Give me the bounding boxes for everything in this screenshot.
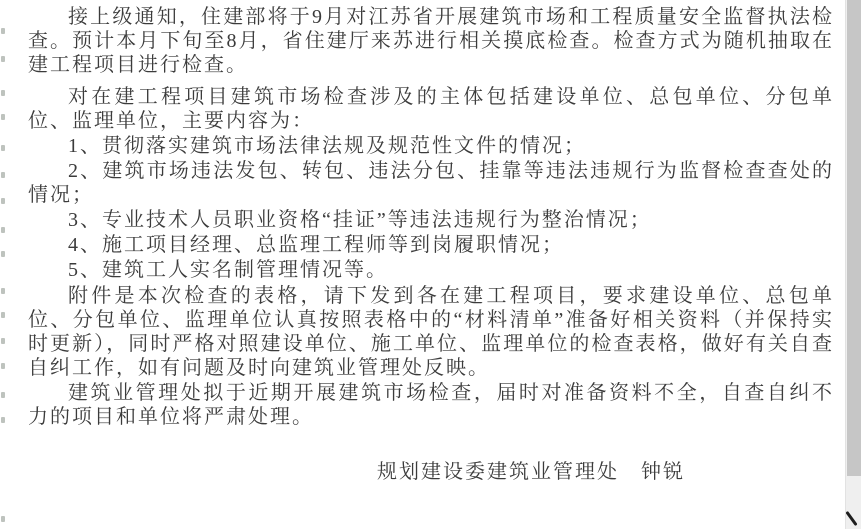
scrollbar-thumb[interactable] [847, 0, 861, 476]
scan-speck [1, 172, 5, 178]
scrollbar[interactable] [845, 0, 861, 529]
scan-speck [1, 28, 5, 34]
paragraph: 建筑业管理处拟于近期开展建筑市场检查，届时对准备资料不全，自查自纠不力的项目和单… [28, 381, 834, 429]
scan-speck [1, 363, 5, 369]
paragraph: 5、建筑工人实名制管理情况等。 [28, 258, 834, 282]
scan-speck [1, 392, 5, 398]
document-page: 接上级通知，住建部将于9月对江苏省开展建筑市场和工程质量安全监督执法检查。预计本… [0, 0, 861, 529]
scan-speck [1, 251, 5, 257]
paragraph: 对在建工程项目建筑市场检查涉及的主体包括建设单位、总包单位、分包单位、监理单位，… [28, 85, 834, 133]
scan-speck [1, 227, 5, 233]
scan-speck [1, 312, 5, 318]
scan-speck [1, 338, 5, 344]
scan-speck [1, 145, 5, 151]
scan-speck [1, 90, 5, 96]
scan-speck [1, 288, 5, 294]
scan-speck [1, 56, 5, 62]
paragraph: 1、贯彻落实建筑市场法律法规及规范性文件的情况； [28, 134, 834, 158]
scan-speck [1, 516, 5, 522]
paragraph: 接上级通知，住建部将于9月对江苏省开展建筑市场和工程质量安全监督执法检查。预计本… [28, 5, 834, 77]
mouse-cursor-icon [846, 511, 858, 527]
paragraph: 3、专业技术人员职业资格“挂证”等违法违规行为整治情况； [28, 208, 834, 232]
paragraph: 4、施工项目经理、总监理工程师等到岗履职情况； [28, 233, 834, 257]
paragraph: 2、建筑市场违法发包、转包、违法分包、挂靠等违法违规行为监督检查查处的情况； [28, 159, 834, 207]
scan-speck [1, 114, 5, 120]
document-body: 接上级通知，住建部将于9月对江苏省开展建筑市场和工程质量安全监督执法检查。预计本… [28, 5, 834, 484]
scan-speck [1, 417, 5, 423]
signature-line: 规划建设委建筑业管理处 钟锐 [377, 460, 834, 484]
scan-speck [1, 198, 5, 204]
paragraph: 附件是本次检查的表格，请下发到各在建工程项目，要求建设单位、总包单位、分包单位、… [28, 284, 834, 380]
